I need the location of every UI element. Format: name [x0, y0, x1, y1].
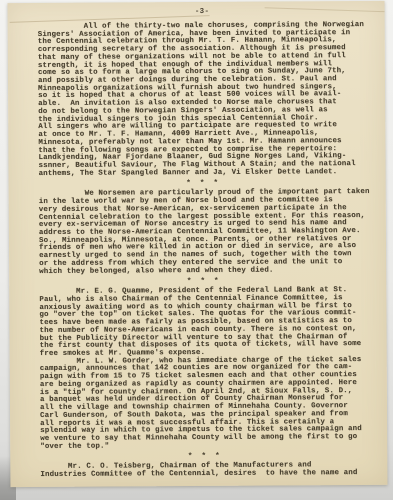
page-content: -3- All of the thirty-two male choruses,…: [8, 1, 388, 480]
document-body: All of the thirty-two male choruses, com…: [38, 22, 370, 480]
scanned-page-photo: -3- All of the thirty-two male choruses,…: [0, 0, 393, 500]
paragraph: Mr. E. G. Quamme, President of the Feder…: [39, 287, 368, 358]
page-number: -3-: [38, 6, 367, 19]
text-line: Industries Committee of the Centennial, …: [40, 470, 369, 480]
paragraph: Mr. L. W. Gorder, who has immediate char…: [40, 357, 370, 452]
paragraph: Mr. C. O. Teisberg, Chairman of the Manu…: [40, 462, 369, 479]
paragraph: All of the thirty-two male choruses, com…: [38, 22, 368, 178]
paragraph: We Norsemen are particularly proud of th…: [39, 189, 369, 276]
document-page: -3- All of the thirty-two male choruses,…: [8, 1, 388, 487]
